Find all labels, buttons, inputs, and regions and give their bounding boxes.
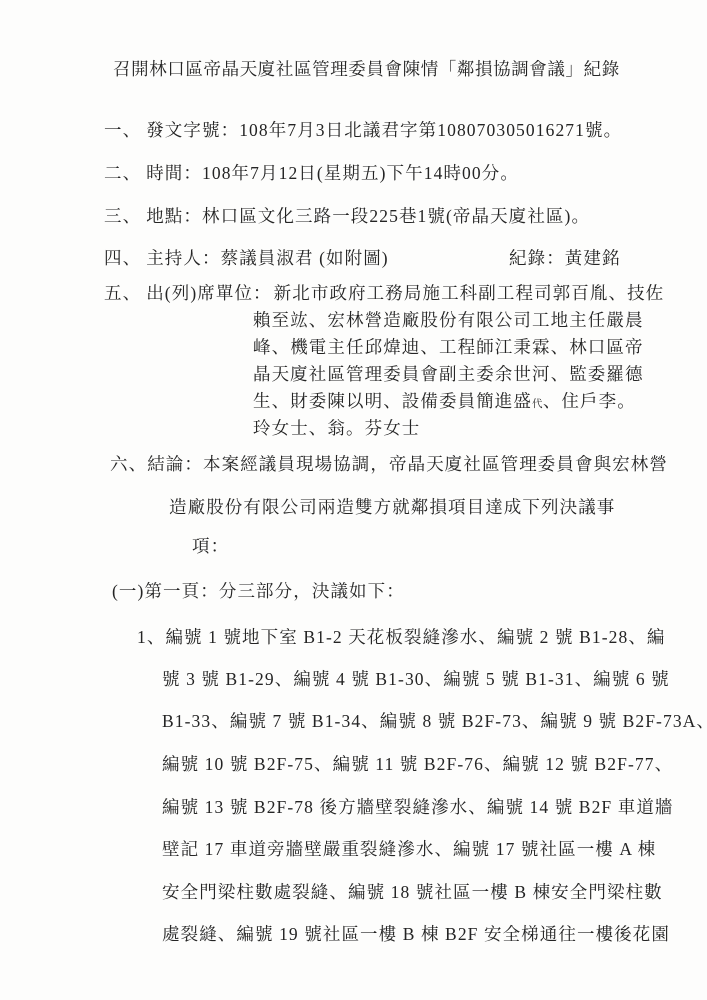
list-item-1-line-3: B1-33、編號 7 號 B1-34、編號 8 號 B2F-73、編號 9 號 … [162,710,707,732]
document-page: 召開林口區帝晶天廈社區管理委員會陳情「鄰損協調會議」紀錄 一、發文字號：108年… [0,0,707,1000]
item-4-ordinal: 四、 [104,248,141,268]
item-3-text: 地點：林口區文化三路一段225巷1號(帝晶天廈社區)。 [146,206,590,226]
item-4-chairperson: 四、主持人：蔡議員淑君 (如附圖) [104,247,389,269]
item-5-line-5: 生、財委陳以明、設備委員簡進盛代、住戶李。 [253,390,636,416]
list-item-1-ordinal: 1、 [137,627,165,647]
item-1-ordinal: 一、 [104,120,141,140]
subsection-1-heading: (一)第一頁：分三部分，決議如下： [112,580,405,602]
item-5-line-1: 新北市政府工務局施工科副工程司郭百胤、技佐 [274,283,665,303]
document-title: 召開林口區帝晶天廈社區管理委員會陳情「鄰損協調會議」紀錄 [113,58,620,80]
list-item-1-line-1: 1、編號 1 號地下室 B1-2 天花板裂縫滲水、編號 2 號 B1-28、編 [137,626,666,648]
list-item-1-line-6: 壁記 17 車道旁牆壁嚴重裂縫滲水、編號 17 號社區一樓 A 棟 [162,838,656,860]
item-1-text: 發文字號：108年7月3日北議君字第108070305016271號。 [146,120,622,140]
item-5-line-5-subscript: 代 [532,399,543,410]
item-3-ordinal: 三、 [104,206,141,226]
item-1-issue-number: 一、發文字號：108年7月3日北議君字第108070305016271號。 [104,119,622,141]
item-6-line-2: 造廠股份有限公司兩造雙方就鄰損項目達成下列決議事 [169,496,615,518]
item-5-line-6: 玲女士、翁。芬女士 [253,417,420,439]
item-5-label: 出(列)席單位： [146,283,271,303]
item-6-conclusion: 六、結論：本案經議員現場協調，帝晶天廈社區管理委員會與宏林營 [110,453,668,475]
item-5-line-4: 晶天廈社區管理委員會副主委余世河、監委羅德 [253,363,644,385]
item-4-recorder: 紀錄：黃建銘 [509,247,621,269]
item-4-text: 主持人：蔡議員淑君 (如附圖) [146,248,389,268]
item-2-ordinal: 二、 [104,163,141,183]
list-item-1-line-7: 安全門梁柱數處裂縫、編號 18 號社區一樓 B 棟安全門梁柱數 [162,881,663,903]
item-2-time: 二、時間：108年7月12日(星期五)下午14時00分。 [104,162,519,184]
item-6-ordinal: 六、 [110,454,147,474]
item-5-line-2: 賴至竑、宏林營造廠股份有限公司工地主任嚴晨 [253,309,644,331]
item-6-line-3: 項： [192,535,229,557]
item-5-attendees: 五、出(列)席單位：新北市政府工務局施工科副工程司郭百胤、技佐 [104,282,664,304]
list-item-1-line-5: 編號 13 號 B2F-78 後方牆壁裂縫滲水、編號 14 號 B2F 車道牆 [162,796,674,818]
item-5-line-3: 峰、機電主任邱煒迪、工程師江秉霖、林口區帝 [253,336,644,358]
list-item-1-text: 編號 1 號地下室 B1-2 天花板裂縫滲水、編號 2 號 B1-28、編 [165,627,665,647]
item-5-ordinal: 五、 [104,283,141,303]
list-item-1-line-4: 編號 10 號 B2F-75、編號 11 號 B2F-76、編號 12 號 B2… [162,753,673,775]
item-3-location: 三、地點：林口區文化三路一段225巷1號(帝晶天廈社區)。 [104,205,590,227]
item-2-text: 時間：108年7月12日(星期五)下午14時00分。 [146,163,519,183]
item-6-line-1: 結論：本案經議員現場協調，帝晶天廈社區管理委員會與宏林營 [147,454,668,474]
item-5-line-5-tail: 、住戶李。 [543,391,636,411]
list-item-1-line-8: 處裂縫、編號 19 號社區一樓 B 棟 B2F 安全梯通往一樓後花園 [162,923,670,945]
item-5-line-5-text: 生、財委陳以明、設備委員簡進盛 [253,391,532,411]
list-item-1-line-2: 號 3 號 B1-29、編號 4 號 B1-30、編號 5 號 B1-31、編號… [162,668,670,690]
